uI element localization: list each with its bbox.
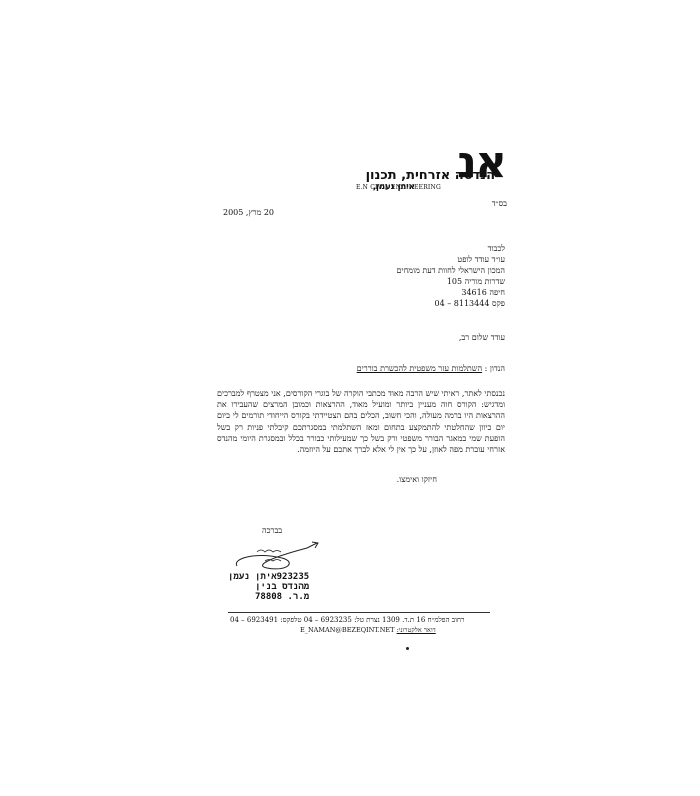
blessing: בברכה — [262, 526, 282, 535]
footer-email: דואר אלקטרוני: E_NAMAN@BEZEQINT.NET — [300, 626, 436, 634]
footer-divider — [228, 612, 490, 613]
recipient-fax: פקס 8113444 – 04 — [396, 298, 505, 309]
company-name-english: E.N CIVIL ENGINEERING — [356, 184, 441, 191]
footer-address: רחוב הפלמ״ח 16 ת.ד. 1309 נצרת טל: 692323… — [230, 616, 464, 624]
company-name: הנדסה אזרחית, תכנון — [366, 168, 495, 183]
bsd-mark: בס״ד — [492, 199, 507, 208]
subject-line: הנדון : השתלמות עזר משפטית להכשרת בוררים — [357, 364, 505, 373]
recipient-street: שדרות מוריה 105 — [396, 276, 505, 287]
email-address: E_NAMAN@BEZEQINT.NET — [300, 626, 395, 634]
letter-date: 20 מרץ, 2005 — [223, 208, 274, 217]
recipient-block: לכבוד עו״ד עודד לופט המכון הישראלי לחוות… — [396, 243, 505, 309]
greeting: עודד שלום רב, — [459, 333, 505, 342]
scan-speck — [406, 647, 409, 650]
subject-text: השתלמות עזר משפטית להכשרת בוררים — [357, 364, 482, 373]
letter-body: נכנסתי לאתר, ראיתי שיש הרבה מאוד מכתבי ה… — [217, 388, 505, 455]
recipient-city: חיפה 34616 — [396, 287, 505, 298]
recipient-organization: המכון הישראלי לחוות דעת מומחים — [396, 265, 505, 276]
closing: חיזקו ואימצו. — [397, 475, 437, 484]
stamp-line: מהנדס בנין — [228, 582, 309, 592]
subject-label: הנדון : — [485, 364, 505, 373]
stamp-line: 923235איתן נעמן — [228, 572, 309, 582]
engineer-stamp: 923235איתן נעמן מהנדס בנין מ.ר. 78808 — [228, 572, 309, 602]
recipient-salutation: לכבוד — [396, 243, 505, 254]
recipient-name: עו״ד עודד לופט — [396, 254, 505, 265]
email-label: דואר אלקטרוני: — [397, 626, 436, 634]
stamp-line: מ.ר. 78808 — [228, 592, 309, 602]
